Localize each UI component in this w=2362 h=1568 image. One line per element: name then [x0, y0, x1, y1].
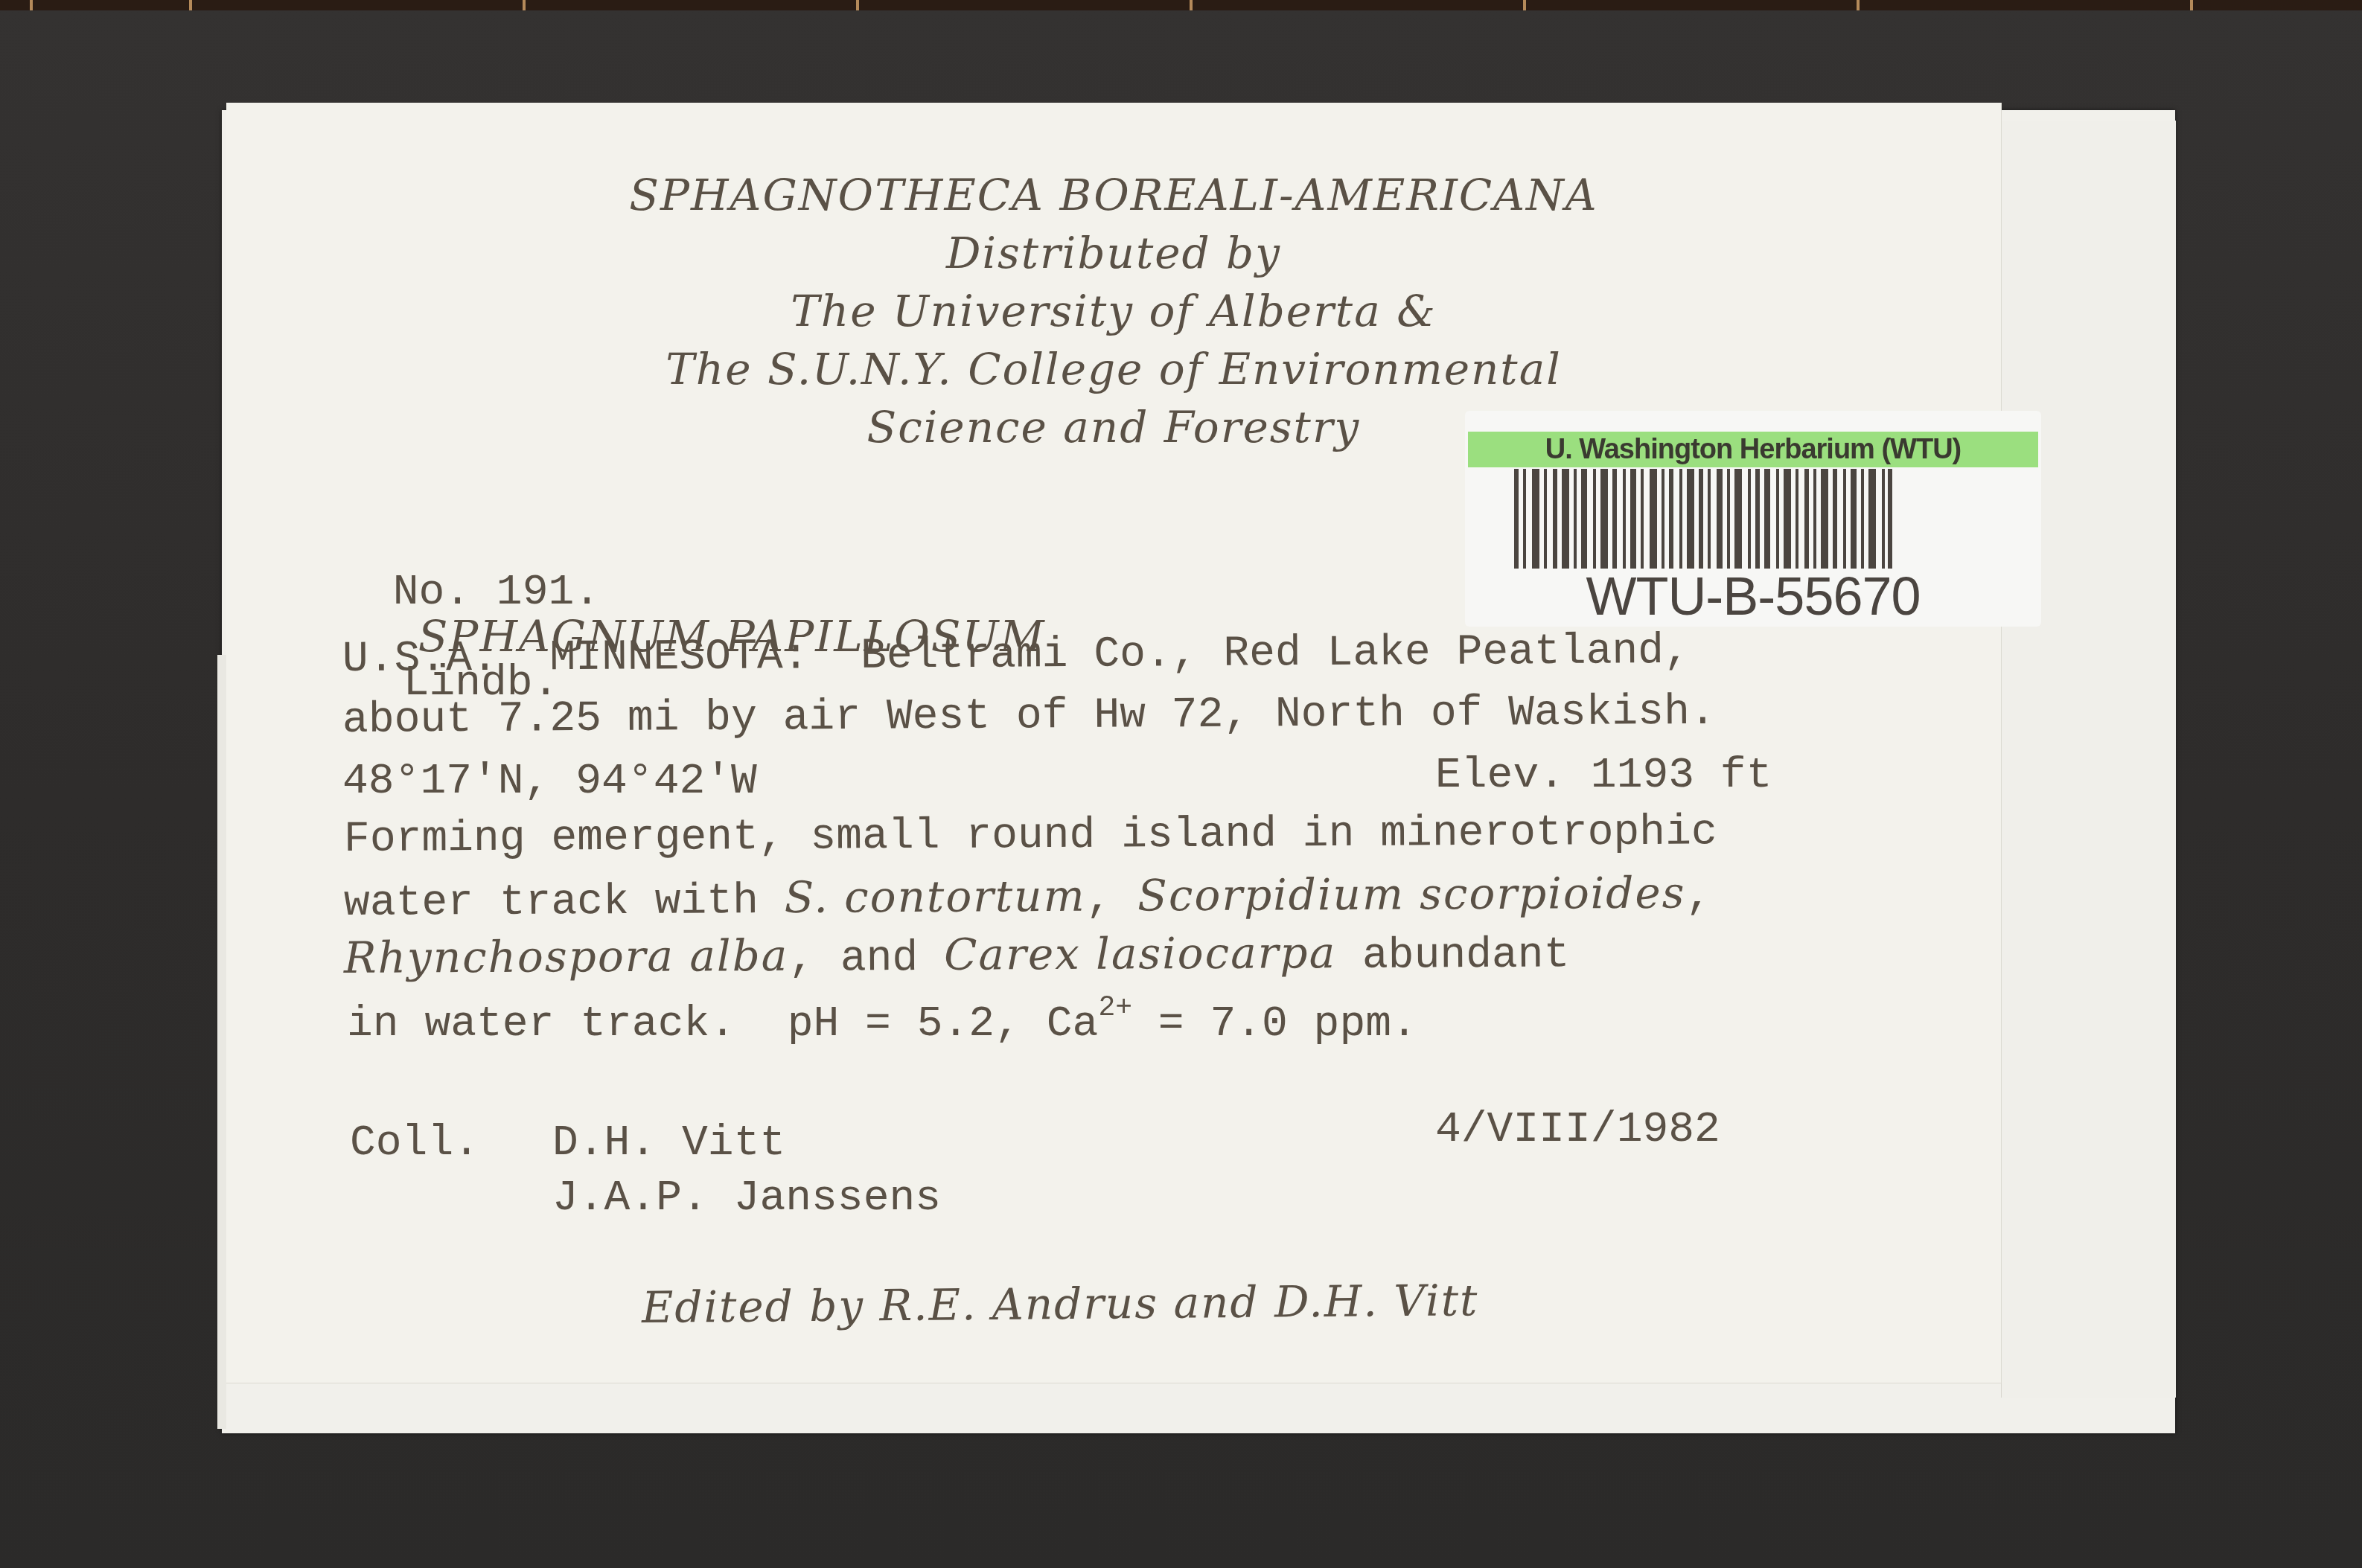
catalog-number: WTU-B-55670	[1465, 570, 2041, 624]
associated-taxon: Rhynchospora alba	[344, 930, 789, 983]
ruler-tick	[2190, 0, 2193, 10]
specimen-number-label: No. 191.	[393, 569, 600, 617]
separator: ,	[1685, 872, 1711, 921]
habitat-line-2: water track with S. contortum, Scorpidiu…	[344, 871, 1712, 926]
habitat-text: = 7.0 ppm.	[1132, 1000, 1417, 1049]
habitat-line-3: Rhynchospora alba, and Carex lasiocarpa …	[344, 929, 1570, 984]
superscript: 2+	[1098, 992, 1132, 1024]
series-title: SPHAGNOTHECA BOREALI-AMERICANA	[226, 170, 2001, 220]
ruler-tick	[523, 0, 526, 10]
packet-flap	[2001, 121, 2176, 1398]
barcode-label: U. Washington Herbarium (WTU) WTU-B-5567…	[1465, 411, 2041, 627]
ruler-tick	[1523, 0, 1526, 10]
packet-fold	[217, 655, 226, 1429]
ruler-tick	[856, 0, 859, 10]
associated-taxon: Carex lasiocarpa	[944, 927, 1336, 980]
habitat-line-1: Forming emergent, small round island in …	[344, 811, 1717, 862]
associated-taxon: Scorpidium scorpioides	[1137, 868, 1686, 921]
elevation: Elev. 1193 ft	[1435, 755, 1772, 798]
collection-date: 4/VIII/1982	[1435, 1109, 1720, 1152]
barcode-icon	[1514, 469, 1955, 569]
collector-label: Coll.	[350, 1122, 479, 1165]
herbarium-name-band: U. Washington Herbarium (WTU)	[1468, 432, 2038, 467]
institution-2: The S.U.N.Y. College of Environmental	[226, 344, 2001, 394]
separator: ,	[1085, 875, 1137, 924]
habitat-text: , and	[788, 935, 944, 984]
editors-line: Edited by R.E. Andrus and D.H. Vitt	[642, 1279, 1479, 1329]
habitat-text: abundant	[1336, 931, 1570, 981]
habitat-text: in water track. pH = 5.2, Ca	[347, 1000, 1098, 1049]
ruler-tick	[1190, 0, 1193, 10]
ruler-tick	[189, 0, 192, 10]
distributed-by: Distributed by	[226, 228, 2001, 278]
institution-1: The University of Alberta &	[226, 286, 2001, 336]
locality-line-1: U.S.A. MINNESOTA: Beltrami Co., Red Lake…	[342, 630, 1690, 682]
locality-line-2: about 7.25 mi by air West of Hw 72, Nort…	[342, 691, 1716, 743]
collector-1: D.H. Vitt	[552, 1122, 785, 1165]
ruler-strip	[0, 0, 2362, 10]
ruler-tick	[1857, 0, 1860, 10]
ruler-tick	[30, 0, 33, 10]
collector-2: J.A.P. Janssens	[552, 1177, 941, 1220]
associated-taxon: S. contortum	[785, 871, 1086, 923]
coordinates: 48°17'N, 94°42'W	[342, 761, 757, 804]
habitat-line-4: in water track. pH = 5.2, Ca2+ = 7.0 ppm…	[347, 1003, 1417, 1046]
habitat-text: water track with	[344, 877, 785, 928]
